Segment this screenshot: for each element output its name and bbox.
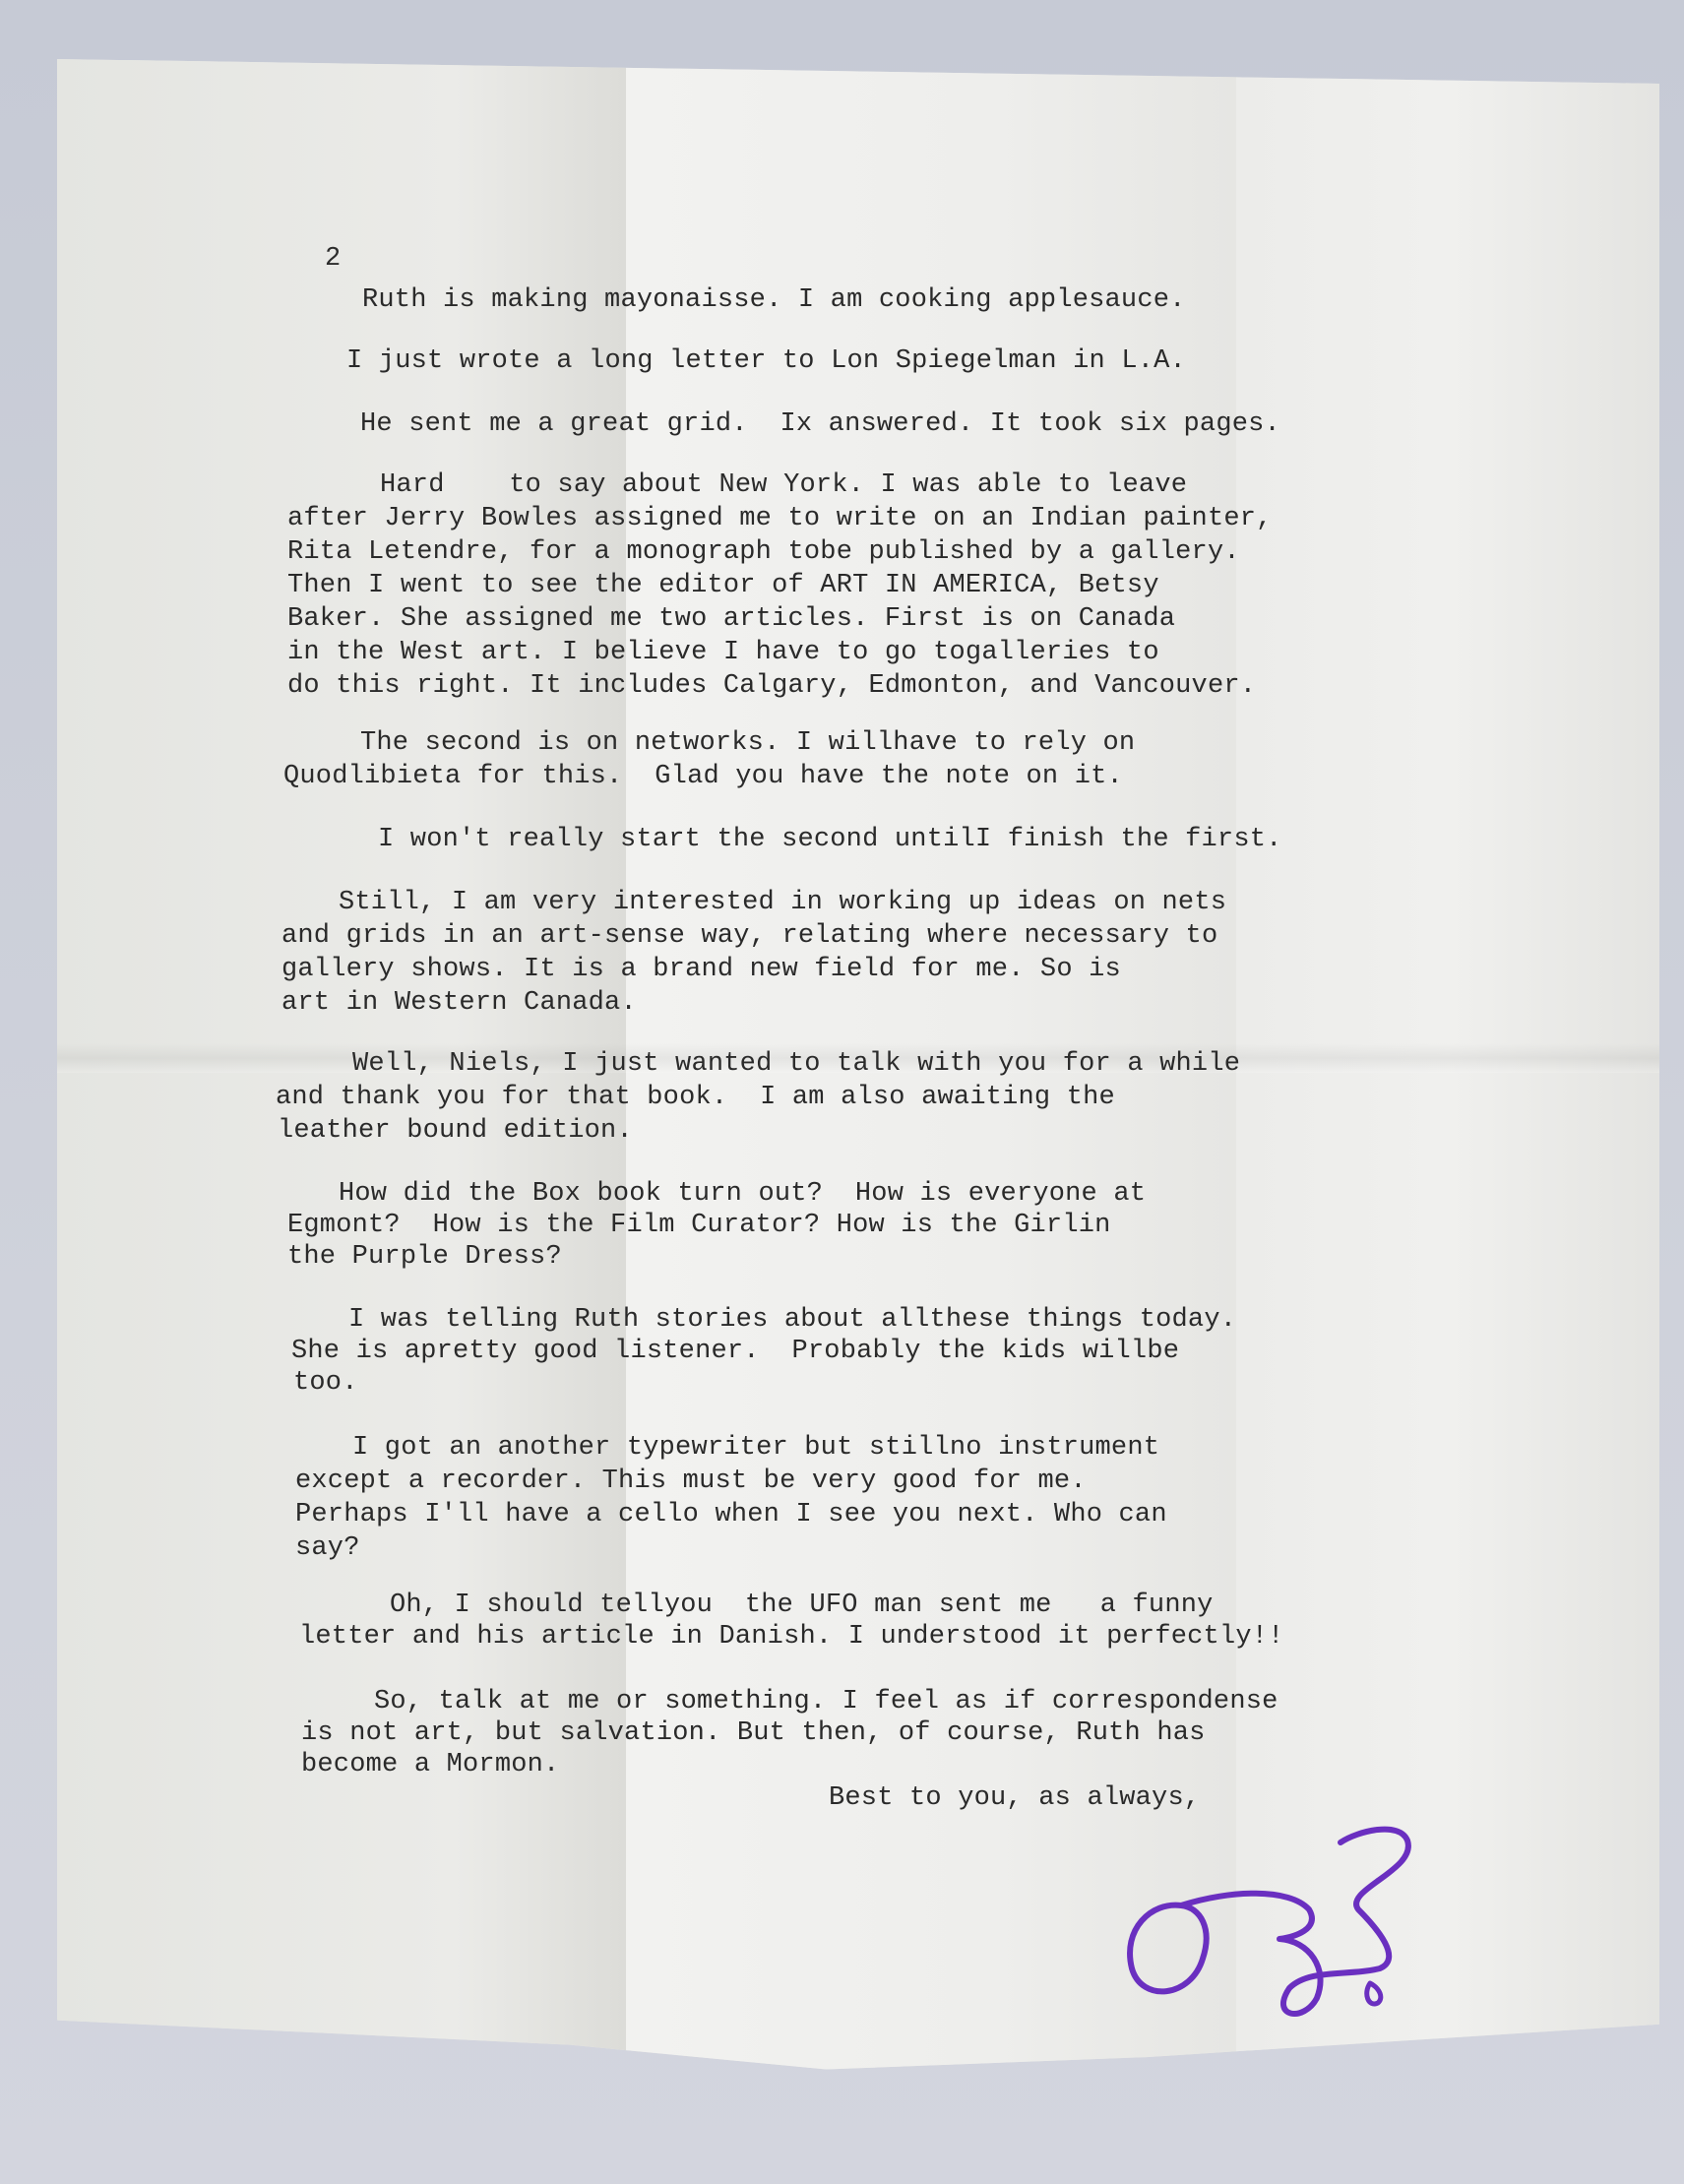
letter-line: Rita Letendre, for a monograph tobe publ… xyxy=(287,537,1240,567)
letter-line: She is apretty good listener. Probably t… xyxy=(291,1337,1179,1366)
letter-line: after Jerry Bowles assigned me to write … xyxy=(287,504,1273,533)
letter-line: How did the Box book turn out? How is ev… xyxy=(339,1179,1146,1209)
letter-line: Egmont? How is the Film Curator? How is … xyxy=(287,1211,1111,1240)
letter-line: So, talk at me or something. I feel as i… xyxy=(374,1687,1279,1716)
letter-line: I just wrote a long letter to Lon Spiege… xyxy=(346,346,1186,376)
letter-line: in the West art. I believe I have to go … xyxy=(287,638,1159,667)
letter-line: Quodlibieta for this. Glad you have the … xyxy=(283,762,1123,791)
signature xyxy=(1122,1811,1417,2018)
letter-line: leather bound edition. xyxy=(278,1116,633,1146)
letter-line: and grids in an art-sense way, relating … xyxy=(281,921,1217,951)
page-number: 2 xyxy=(325,244,341,274)
letter-line: is not art, but salvation. But then, of … xyxy=(301,1718,1206,1748)
letter-line: become a Mormon. xyxy=(301,1750,559,1779)
letter-line: Baker. She assigned me two articles. Fir… xyxy=(287,604,1175,634)
letter-line: and thank you for that book. I am also a… xyxy=(276,1083,1115,1112)
letter-line: Oh, I should tellyou the UFO man sent me… xyxy=(390,1591,1214,1620)
letter-line: Ruth is making mayonaisse. I am cooking … xyxy=(362,285,1186,315)
letter-line: I was telling Ruth stories about allthes… xyxy=(348,1305,1236,1335)
letter-line: say? xyxy=(295,1533,360,1563)
letter-line: I got an another typewriter but stillno … xyxy=(352,1433,1159,1463)
letter-line: letter and his article in Danish. I unde… xyxy=(299,1622,1284,1652)
letter-line: Hard to say about New York. I was able t… xyxy=(380,470,1187,500)
letter-line: Well, Niels, I just wanted to talk with … xyxy=(352,1049,1240,1079)
letter-line: I won't really start the second untilI f… xyxy=(378,825,1282,854)
letter-line: gallery shows. It is a brand new field f… xyxy=(281,955,1121,984)
letter-line: Then I went to see the editor of ART IN … xyxy=(287,571,1159,600)
letter-line: too. xyxy=(293,1368,358,1398)
letter-line: Perhaps I'll have a cello when I see you… xyxy=(295,1500,1167,1529)
letter-line: except a recorder. This must be very goo… xyxy=(295,1466,1087,1496)
letter-line: He sent me a great grid. Ix answered. It… xyxy=(360,409,1280,439)
letter-line: Best to you, as always, xyxy=(829,1783,1200,1813)
letter-line: do this right. It includes Calgary, Edmo… xyxy=(287,671,1256,701)
letter-line: the Purple Dress? xyxy=(287,1242,562,1272)
paper-panel-right xyxy=(1236,59,1659,2106)
letter-line: art in Western Canada. xyxy=(281,988,637,1018)
letter-line: The second is on networks. I willhave to… xyxy=(360,728,1135,758)
signature-dot xyxy=(1367,1983,1381,2004)
letter-line: Still, I am very interested in working u… xyxy=(339,888,1226,917)
